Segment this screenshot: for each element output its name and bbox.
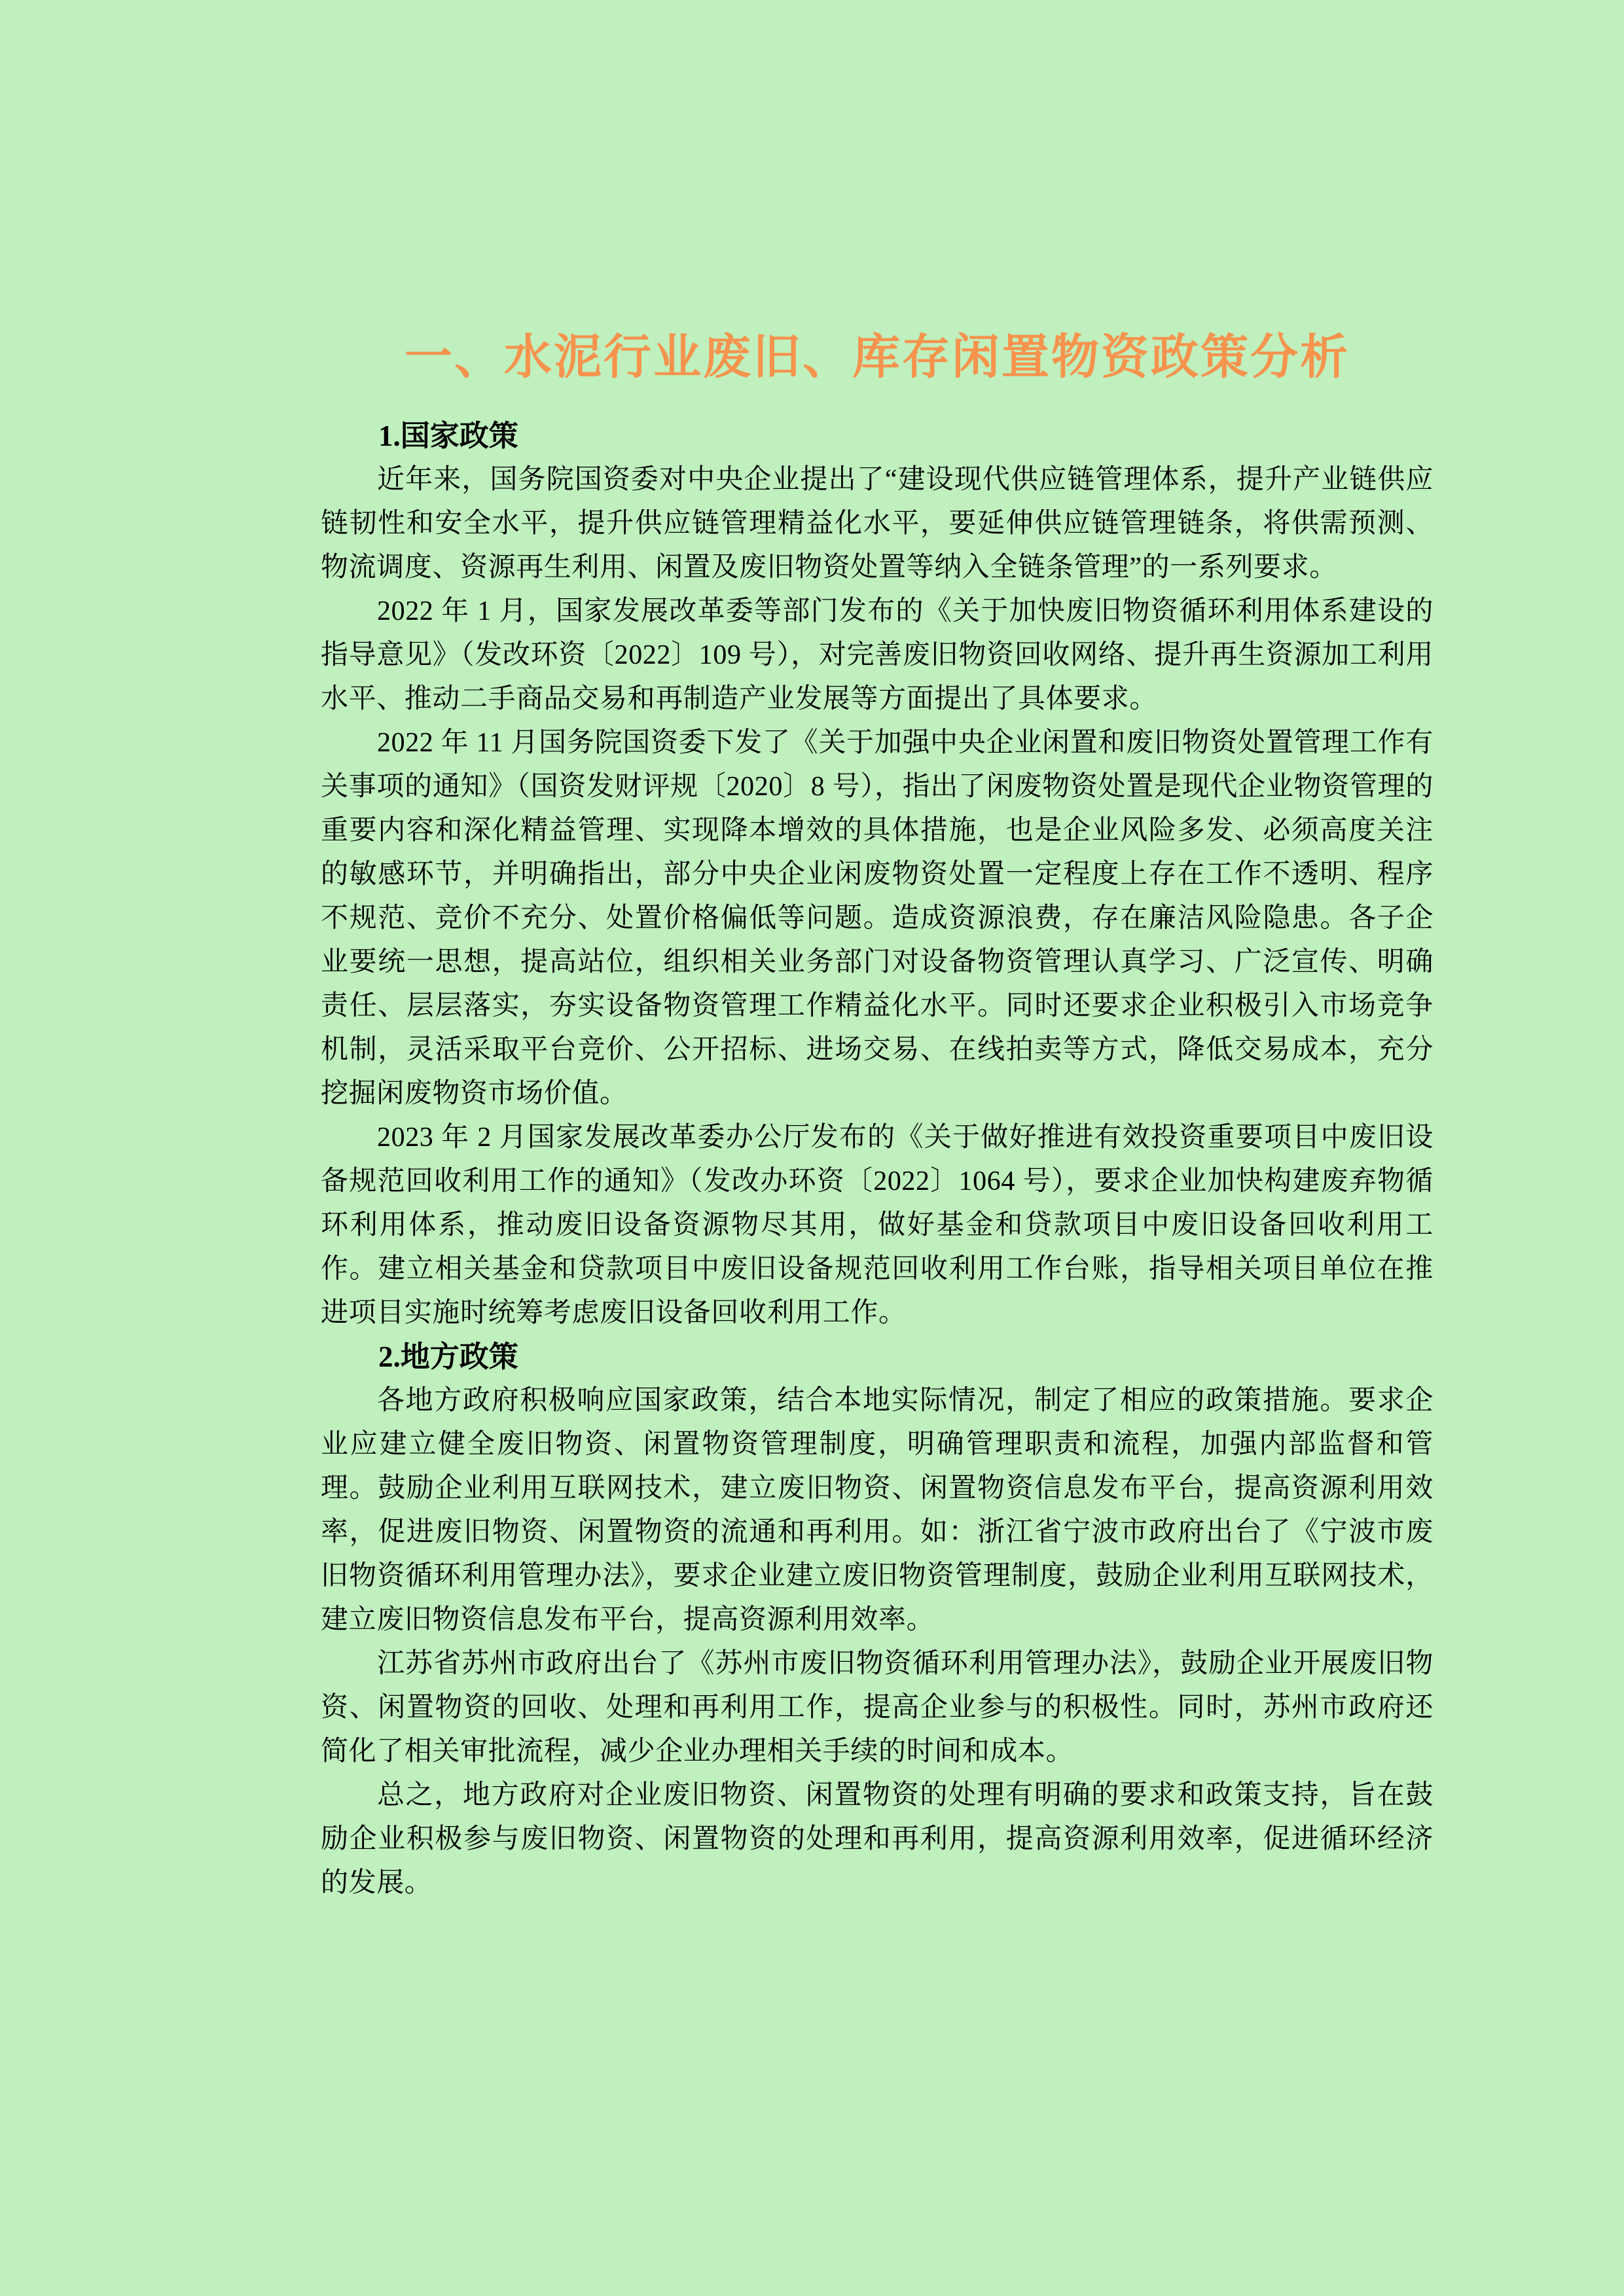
paragraph: 近年来，国务院国资委对中央企业提出了“建设现代供应链管理体系，提升产业链供应链韧… <box>321 458 1434 590</box>
section-heading-national-policy: 1.国家政策 <box>321 414 1434 458</box>
page-title: 一、水泥行业废旧、库存闲置物资政策分析 <box>321 331 1434 384</box>
document-page: 一、水泥行业废旧、库存闲置物资政策分析 1.国家政策 近年来，国务院国资委对中央… <box>0 0 1624 2296</box>
paragraph: 2022 年 1 月，国家发展改革委等部门发布的《关于加快废旧物资循环利用体系建… <box>321 590 1434 721</box>
paragraph: 各地方政府积极响应国家政策，结合本地实际情况，制定了相应的政策措施。要求企业应建… <box>321 1379 1434 1642</box>
section-heading-local-policy: 2.地方政策 <box>321 1335 1434 1379</box>
paragraph: 2022 年 11 月国务院国资委下发了《关于加强中央企业闲置和废旧物资处置管理… <box>321 721 1434 1116</box>
paragraph: 总之，地方政府对企业废旧物资、闲置物资的处理有明确的要求和政策支持，旨在鼓励企业… <box>321 1774 1434 1905</box>
paragraph: 江苏省苏州市政府出台了《苏州市废旧物资循环利用管理办法》，鼓励企业开展废旧物资、… <box>321 1642 1434 1774</box>
paragraph: 2023 年 2 月国家发展改革委办公厅发布的《关于做好推进有效投资重要项目中废… <box>321 1116 1434 1335</box>
